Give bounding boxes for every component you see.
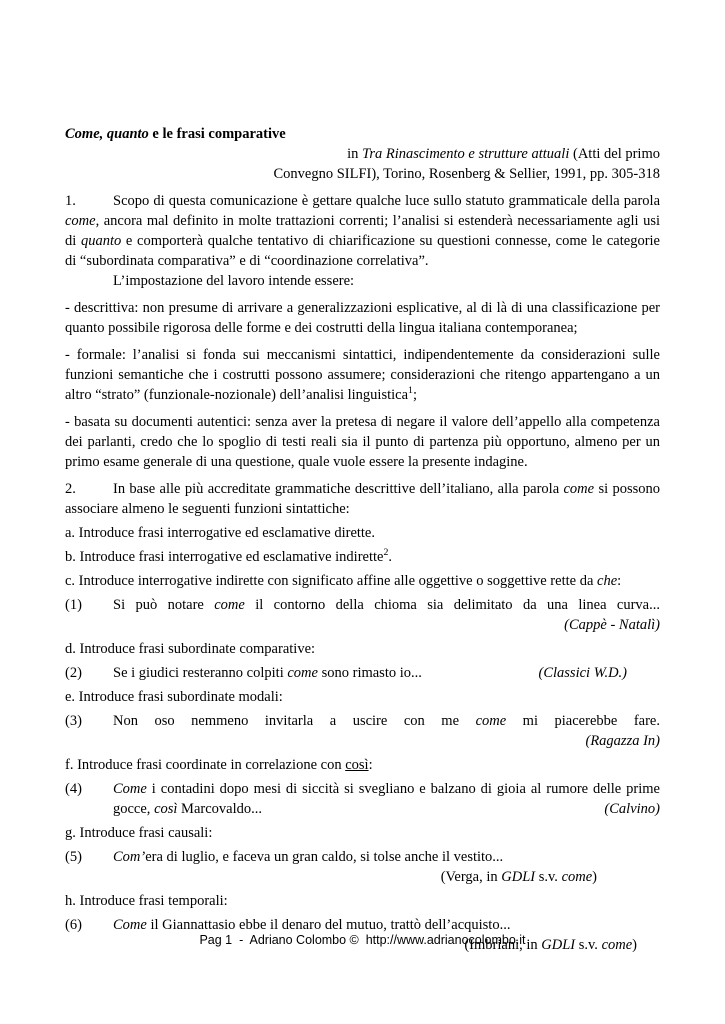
document-content: Come, quanto e le frasi comparative in T… [65, 124, 660, 955]
document-page: Come, quanto e le frasi comparative in T… [0, 0, 725, 1024]
example-4-attribution: (Calvino) [604, 799, 660, 819]
example-5-attribution: (Verga, in GDLI s.v. come) [65, 867, 660, 887]
function-item-b: b. Introduce frasi interrogative ed escl… [65, 547, 660, 567]
function-item-a: a. Introduce frasi interrogative ed escl… [65, 523, 660, 543]
function-item-g: g. Introduce frasi causali: [65, 823, 660, 843]
function-item-f: f. Introduce frasi coordinate in correla… [65, 755, 660, 775]
section-2-number: 2. [65, 479, 113, 499]
example-2-text: Se i giudici resteranno colpiti come son… [113, 665, 422, 681]
example-3: (3)Non oso nemmeno invitarla a uscire co… [65, 711, 660, 731]
example-1-text: Si può notare come il contorno della chi… [113, 597, 660, 613]
example-3-attribution: (Ragazza In) [65, 731, 660, 751]
example-5-text: Com’era di luglio, e faceva un gran cald… [113, 849, 503, 865]
paragraph-2-text: In base alle più accreditate grammatiche… [65, 481, 660, 517]
paragraph-2: 2.In base alle più accreditate grammatic… [65, 479, 660, 519]
page-footer: Pag 1 - Adriano Colombo © http://www.adr… [0, 930, 725, 950]
list-item-descrittiva: - descrittiva: non presume di arrivare a… [65, 298, 660, 338]
paragraph-1-continuation: L’impostazione del lavoro intende essere… [65, 271, 660, 291]
paragraph-1-text: Scopo di questa comunicazione è gettare … [65, 193, 660, 269]
example-5-number: (5) [65, 847, 82, 867]
document-title: Come, quanto e le frasi comparative [65, 124, 660, 144]
function-item-h: h. Introduce frasi temporali: [65, 891, 660, 911]
example-4-number: (4) [65, 779, 82, 799]
source-citation-line-1: in Tra Rinascimento e strutture attuali … [65, 144, 660, 164]
section-1-number: 1. [65, 191, 113, 211]
function-item-c: c. Introduce interrogative indirette con… [65, 571, 660, 591]
example-2: (2)Se i giudici resteranno colpiti come … [65, 663, 660, 683]
example-1-number: (1) [65, 595, 82, 615]
example-3-number: (3) [65, 711, 82, 731]
paragraph-1: 1.Scopo di questa comunicazione è gettar… [65, 191, 660, 271]
source-citation-line-2: Convegno SILFI), Torino, Rosenberg & Sel… [65, 164, 660, 184]
function-item-e: e. Introduce frasi subordinate modali: [65, 687, 660, 707]
example-2-number: (2) [65, 663, 82, 683]
example-2-attribution: (Classici W.D.) [539, 663, 627, 683]
list-item-formale: - formale: l’analisi si fonda sui meccan… [65, 345, 660, 405]
example-4: (4)Come i contadini dopo mesi di siccità… [65, 779, 660, 819]
function-item-d: d. Introduce frasi subordinate comparati… [65, 639, 660, 659]
example-4-text: Come i contadini dopo mesi di siccità si… [113, 781, 660, 817]
example-1: (1)Si può notare come il contorno della … [65, 595, 660, 615]
example-1-attribution: (Cappè - Natalì) [65, 615, 660, 635]
list-item-basata: - basata su documenti autentici: senza a… [65, 412, 660, 472]
example-3-text: Non oso nemmeno invitarla a uscire con m… [113, 713, 660, 729]
example-5: (5)Com’era di luglio, e faceva un gran c… [65, 847, 660, 867]
